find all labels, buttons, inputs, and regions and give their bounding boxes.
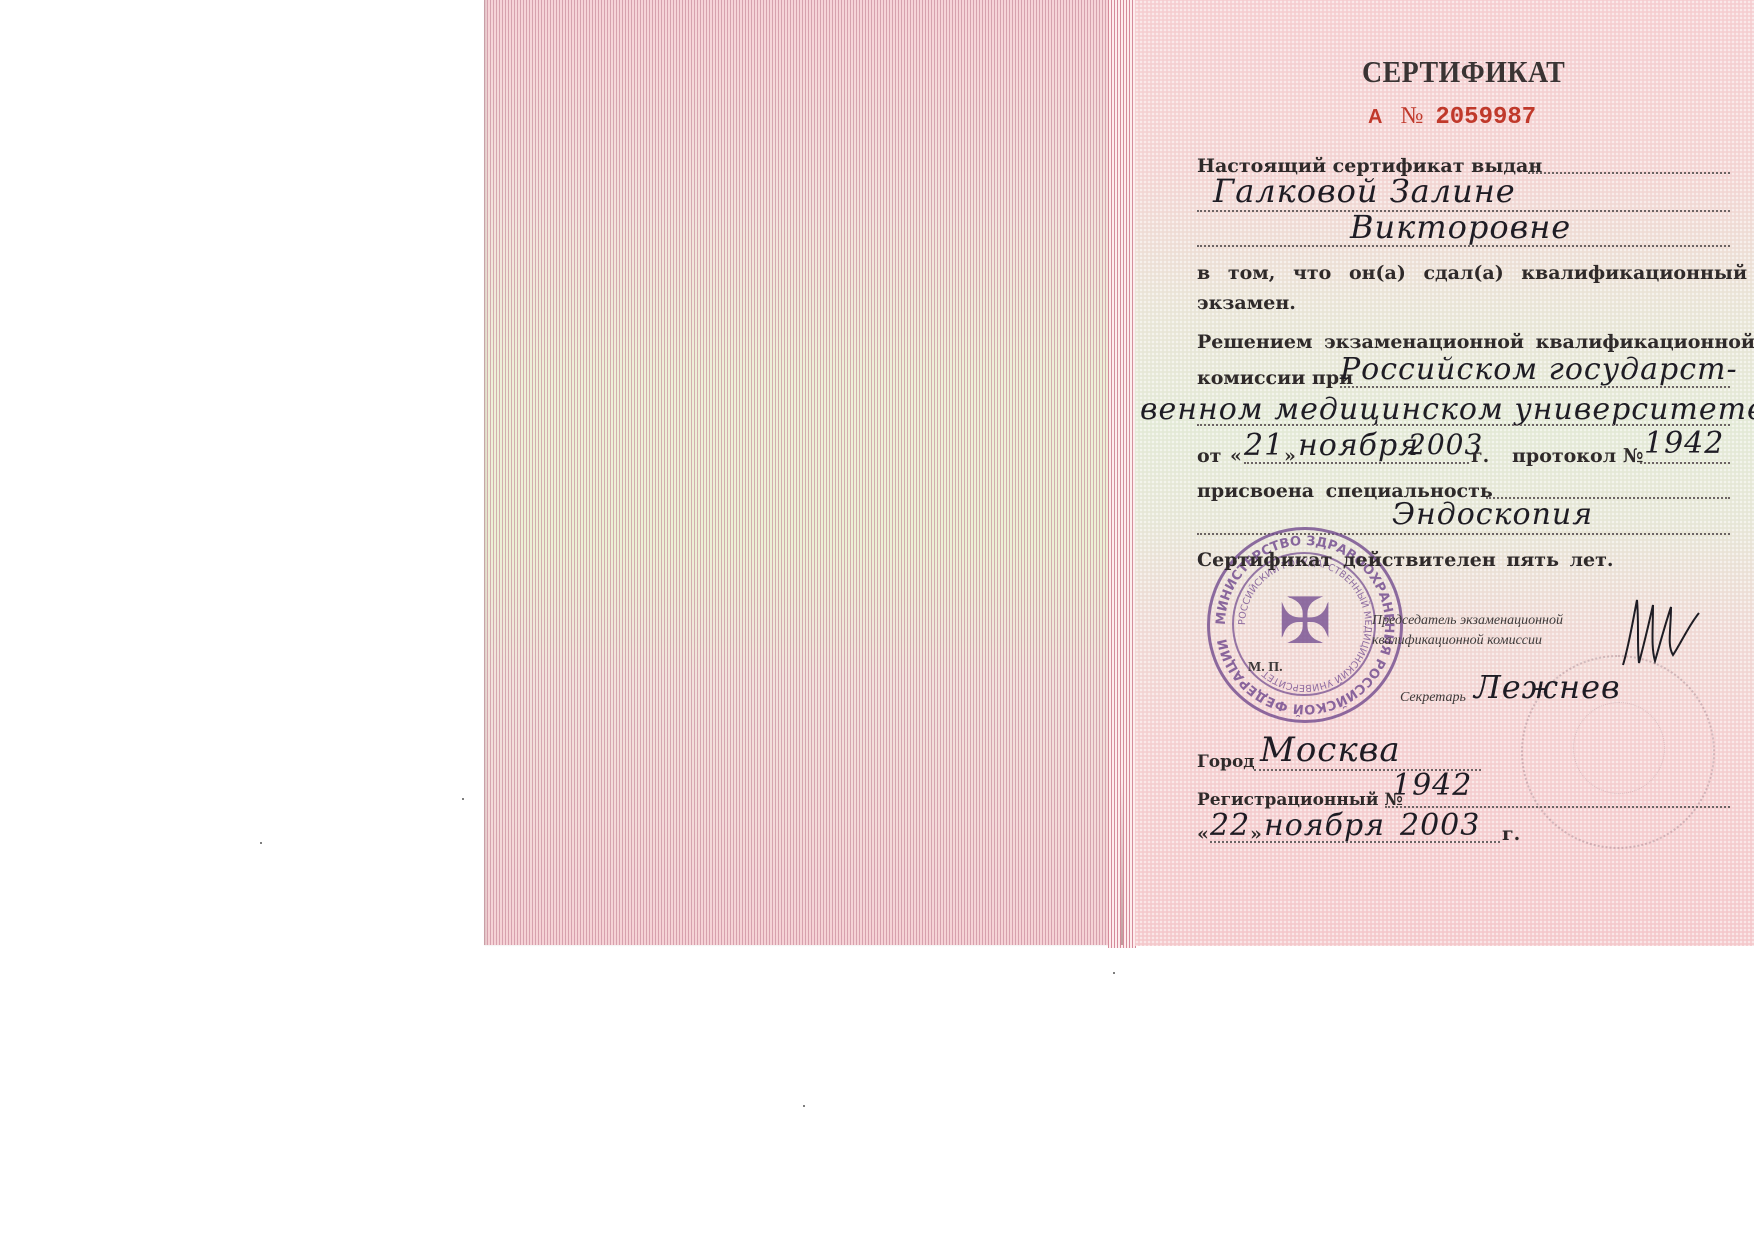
decision-day: 21 (1244, 428, 1284, 463)
double-headed-eagle-icon: ✠ (1265, 575, 1345, 670)
scan-speck (1113, 972, 1115, 974)
page-edge-shadow (484, 0, 488, 945)
city-label: Город (1197, 752, 1255, 772)
fill-line (1640, 462, 1730, 464)
scan-speck (260, 842, 262, 844)
serial-series: А (1368, 106, 1382, 128)
registration-number: 1942 (1392, 768, 1472, 803)
open-quote: « (1230, 445, 1242, 467)
holder-name-line1: Галковой Залине (1213, 172, 1516, 210)
fill-line (1528, 172, 1730, 174)
issue-day: 22 (1210, 808, 1250, 843)
scan-speck (462, 798, 464, 800)
seal-place-mark: М. П. (1248, 660, 1283, 676)
registration-label: Регистрационный № (1197, 790, 1403, 810)
protocol-number: 1942 (1644, 426, 1724, 461)
left-blank-page (484, 0, 1124, 945)
issue-year-suffix: г. (1502, 823, 1520, 845)
holder-name-line2: Викторовне (1350, 208, 1571, 246)
protocol-label: протокол № (1512, 445, 1643, 467)
issue-open-quote: « (1197, 823, 1209, 845)
exam-statement-line2: экзамен. (1197, 292, 1296, 314)
specialty-value: Эндоскопия (1392, 497, 1593, 532)
chairman-label-line2: квалификационной комиссии (1372, 633, 1542, 649)
validity-statement: Сертификат действителен пять лет. (1197, 549, 1613, 571)
decision-line1: Решением экзаменационной квалификационно… (1197, 331, 1754, 353)
secretary-signature: Лежнев (1474, 668, 1621, 706)
chairman-label-line1: Председатель экзаменационной (1372, 613, 1563, 629)
chairman-signature (1615, 585, 1705, 675)
spine-crease (1121, 780, 1123, 945)
date-prefix: от (1197, 445, 1221, 467)
fill-line (1244, 462, 1469, 464)
decision-line2-label: комиссии при (1197, 367, 1353, 389)
issue-month: ноября (1264, 808, 1385, 843)
number-sign: № (1400, 103, 1423, 129)
certificate-title: СЕРТИФИКАТ (1362, 54, 1565, 90)
fill-line (1197, 245, 1730, 247)
issue-year: 2003 (1400, 808, 1480, 843)
year-suffix: г. (1471, 445, 1489, 467)
serial-number: 2059987 (1435, 104, 1536, 131)
institution-part1: Российском государст- (1340, 352, 1738, 387)
city-value: Москва (1260, 730, 1401, 770)
exam-statement-line1: в том, что он(а) сдал(а) квалификационны… (1197, 262, 1747, 284)
secretary-label: Секретарь (1400, 690, 1466, 706)
certificate-serial-number: А№2059987 (1368, 103, 1536, 131)
decision-month: ноября (1298, 428, 1419, 463)
fill-line (1210, 841, 1500, 843)
institution-part2: венном медицинском университете (1140, 392, 1754, 427)
scan-speck (803, 1105, 805, 1107)
booklet-spine (1108, 0, 1136, 948)
